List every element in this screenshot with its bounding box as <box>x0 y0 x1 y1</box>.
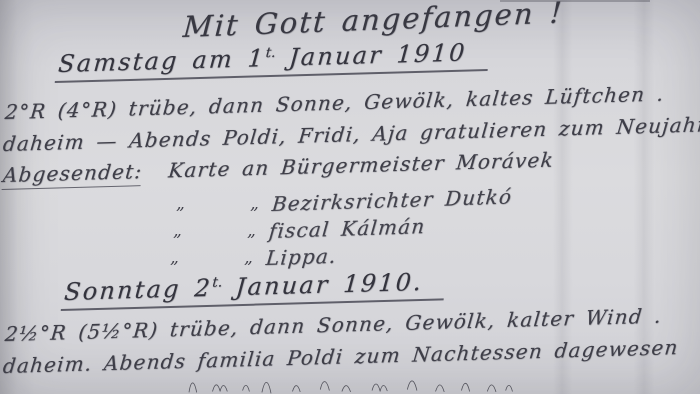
ditto-mark: „ <box>244 248 253 268</box>
ditto-mark: „ <box>247 221 256 241</box>
ditto-mark: „ <box>173 221 182 241</box>
ditto-mark: „ <box>170 248 179 268</box>
ditto-mark: „ <box>250 194 259 214</box>
entry2-date-heading: Sonntag 2t. Januar 1910. <box>61 267 446 311</box>
entry1-date-day: Samstag am 1 <box>57 44 266 78</box>
entry1-date-rest: Januar 1910 <box>274 38 467 71</box>
diary-page-photo: Mit Gott angefangen ! Samstag am 1t. Jan… <box>0 0 700 394</box>
entry1-date-heading: Samstag am 1t. Januar 1910 <box>55 38 490 83</box>
sent-label: Abgesendet: <box>2 159 144 190</box>
handwriting-layer: Mit Gott angefangen ! Samstag am 1t. Jan… <box>0 0 700 394</box>
sent-recipient: fiscal Kálmán <box>268 214 427 243</box>
motto-line: Mit Gott angefangen ! <box>182 0 565 44</box>
sent-row-kalman: „ „ fiscal Kálmán <box>173 219 603 247</box>
sent-recipient: Lippa. <box>265 244 338 270</box>
sent-recipient: Bezirksrichter Dutkó <box>271 184 513 216</box>
entry2-date-rest: Januar 1910. <box>221 268 424 302</box>
entry2-date-day: Sonntag 2 <box>63 274 213 306</box>
ditto-mark: „ <box>176 194 185 214</box>
partial-line-strokes <box>0 378 700 394</box>
sent-first-recipient: Karte an Bürgermeister Morávek <box>167 148 555 183</box>
